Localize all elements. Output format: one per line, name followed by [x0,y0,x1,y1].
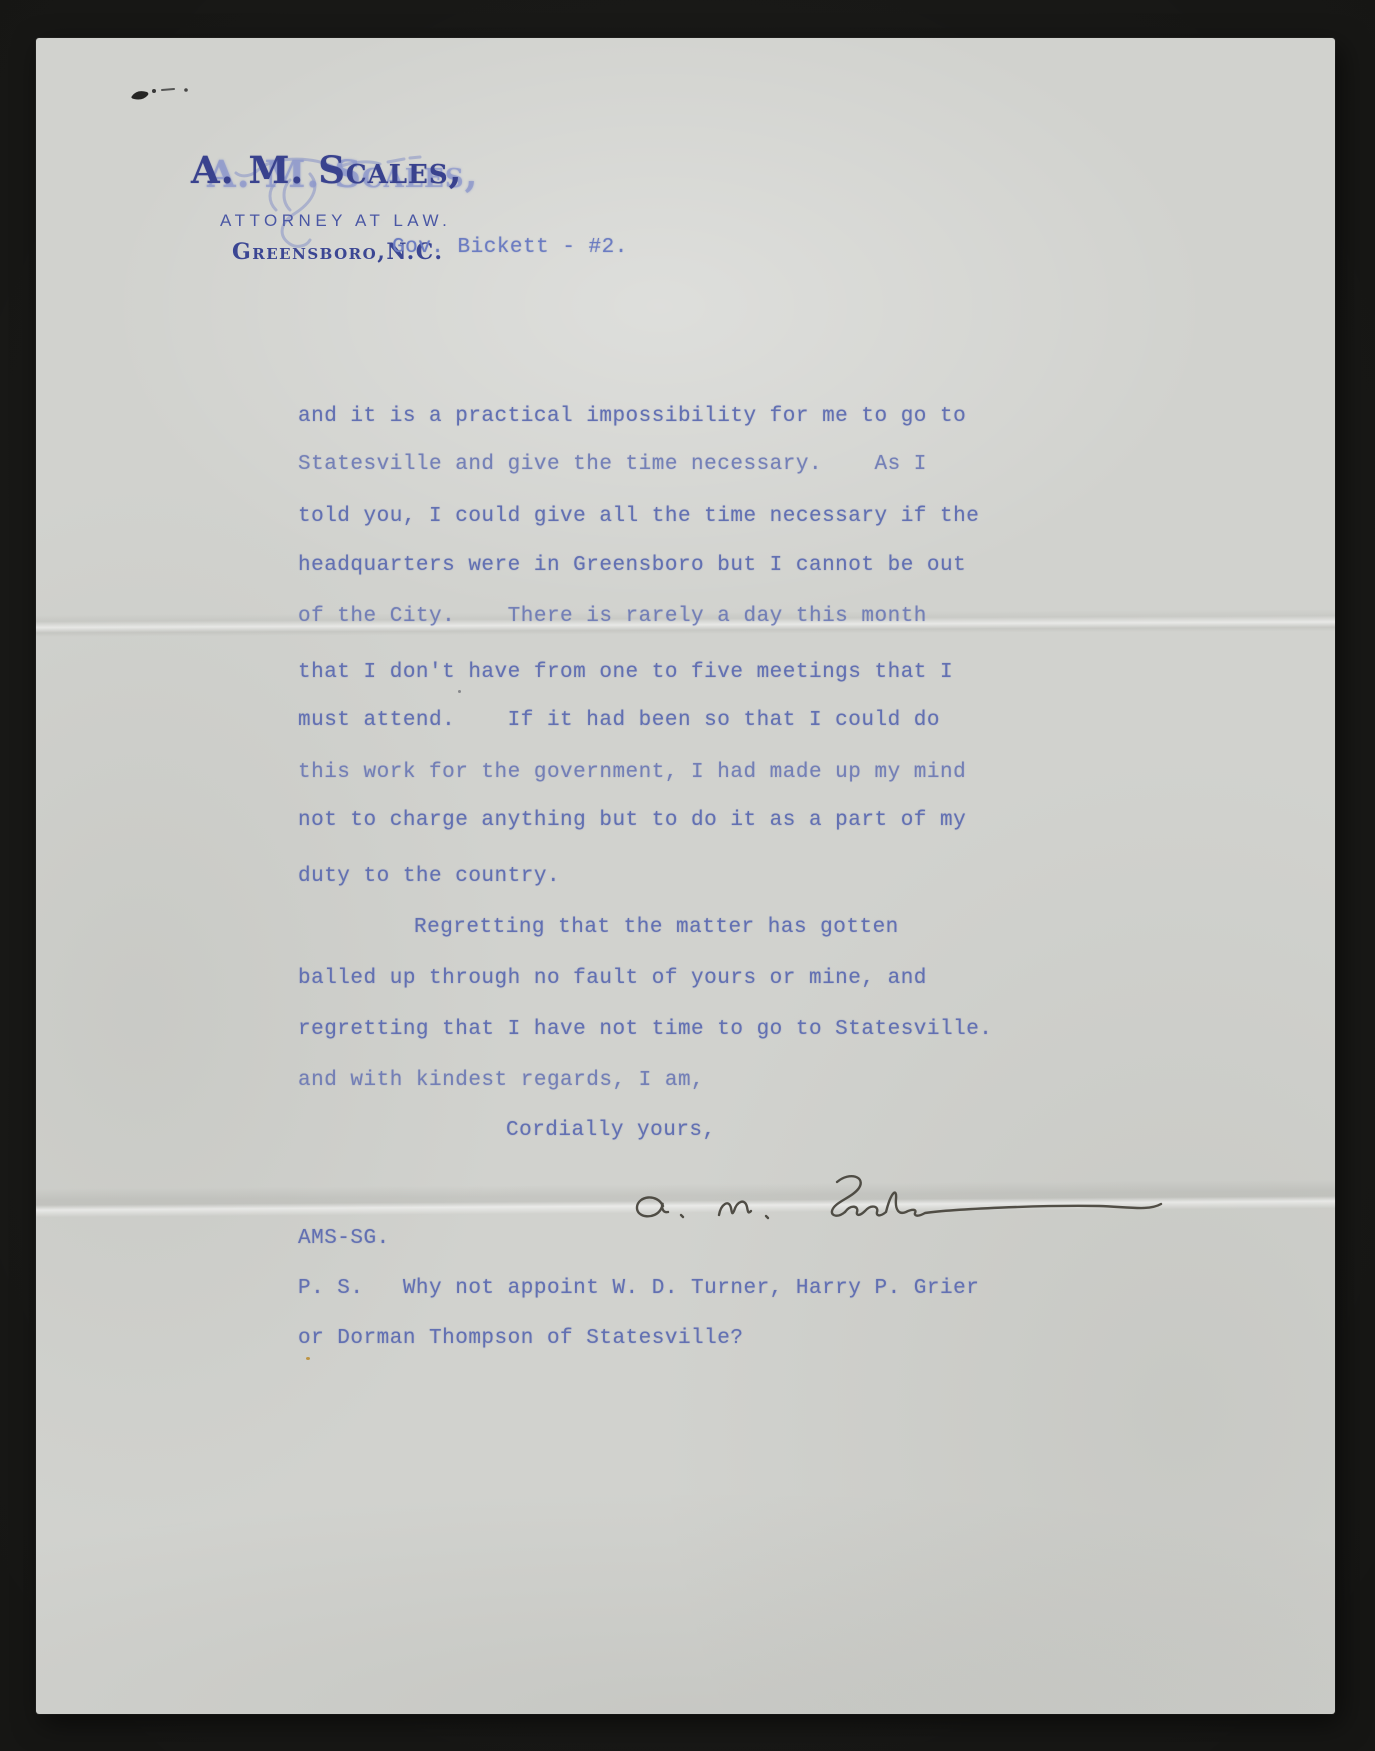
body-line: must attend. If it had been so that I co… [298,708,940,734]
body-line: not to charge anything but to do it as a… [298,808,966,834]
body-line: headquarters were in Greensboro but I ca… [298,553,966,579]
ink-smudge [124,80,234,110]
body-line: balled up through no fault of yours or m… [298,966,927,992]
body-line: regretting that I have not time to go to… [298,1017,992,1043]
letterhead-title: ATTORNEY AT LAW. [220,211,451,231]
body-line: this work for the government, I had made… [298,760,966,786]
paper-speck [306,1357,310,1360]
body-line: and with kindest regards, I am, [298,1068,704,1094]
postscript-line: or Dorman Thompson of Statesville? [298,1326,743,1352]
body-line: of the City. There is rarely a day this … [298,604,927,630]
closing-line: Cordially yours, [506,1118,716,1144]
body-line: and it is a practical impossibility for … [298,404,966,430]
letterhead-name: A. M. Scales, [191,150,463,190]
signature [621,1168,1171,1238]
body-line: duty to the country. [298,864,560,890]
letter-page: A. M. Scales, A. M. Scales, ATTORNEY AT … [36,38,1335,1714]
typist-initials: AMS-SG. [298,1226,390,1252]
body-line: that I don't have from one to five meeti… [298,660,953,686]
postscript-line: P. S. Why not appoint W. D. Turner, Harr… [298,1276,979,1302]
body-line: Regretting that the matter has gotten [414,915,899,941]
page-annotation: Gov. Bickett - #2. [392,235,628,261]
body-line: Statesville and give the time necessary.… [298,452,927,478]
photo-backdrop: A. M. Scales, A. M. Scales, ATTORNEY AT … [0,0,1375,1751]
paper-speck [458,690,461,693]
body-line: told you, I could give all the time nece… [298,504,979,530]
